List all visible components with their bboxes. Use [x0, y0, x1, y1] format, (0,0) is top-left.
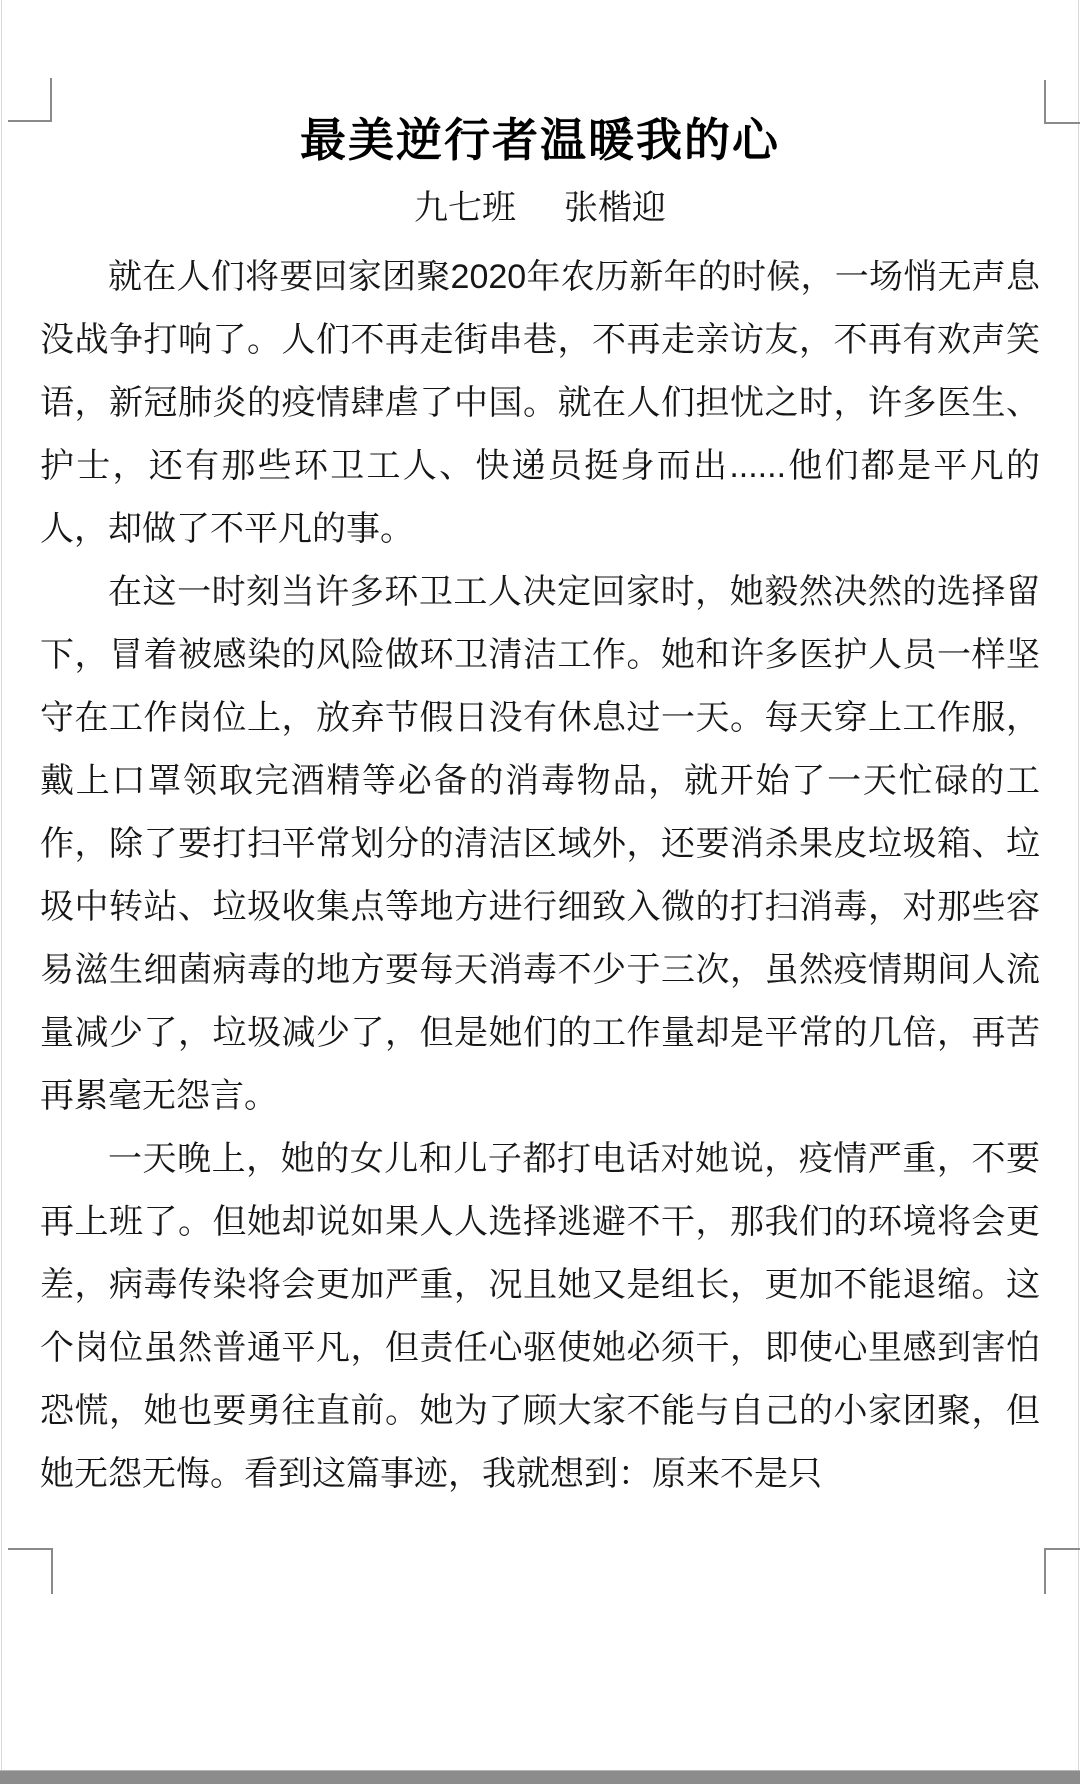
page-right-edge-line	[1078, 0, 1079, 1784]
page-left-edge-line	[1, 0, 2, 1784]
byline-class-name: 九七班	[414, 186, 516, 230]
paragraph-1: 就在人们将要回家团聚2020年农历新年的时候，一场悄无声息没战争打响了。人们不再…	[40, 246, 1040, 561]
crop-mark-bottom-right-icon	[1044, 1548, 1080, 1594]
byline: 九七班 张楷迎	[40, 186, 1040, 230]
paragraph-2: 在这一时刻当许多环卫工人决定回家时，她毅然决然的选择留下，冒着被感染的风险做环卫…	[40, 561, 1040, 1128]
crop-mark-top-right-icon	[1044, 80, 1080, 124]
bottom-gray-bar	[0, 1770, 1080, 1784]
byline-author: 张楷迎	[564, 186, 666, 230]
page-title: 最美逆行者温暖我的心	[40, 110, 1040, 170]
essay-body: 就在人们将要回家团聚2020年农历新年的时候，一场悄无声息没战争打响了。人们不再…	[40, 246, 1040, 1506]
document-content: 最美逆行者温暖我的心 九七班 张楷迎 就在人们将要回家团聚2020年农历新年的时…	[40, 110, 1040, 1506]
document-page: 最美逆行者温暖我的心 九七班 张楷迎 就在人们将要回家团聚2020年农历新年的时…	[0, 0, 1080, 1784]
paragraph-3: 一天晚上，她的女儿和儿子都打电话对她说，疫情严重，不要再上班了。但她却说如果人人…	[40, 1128, 1040, 1506]
crop-mark-bottom-left-icon	[8, 1548, 53, 1594]
